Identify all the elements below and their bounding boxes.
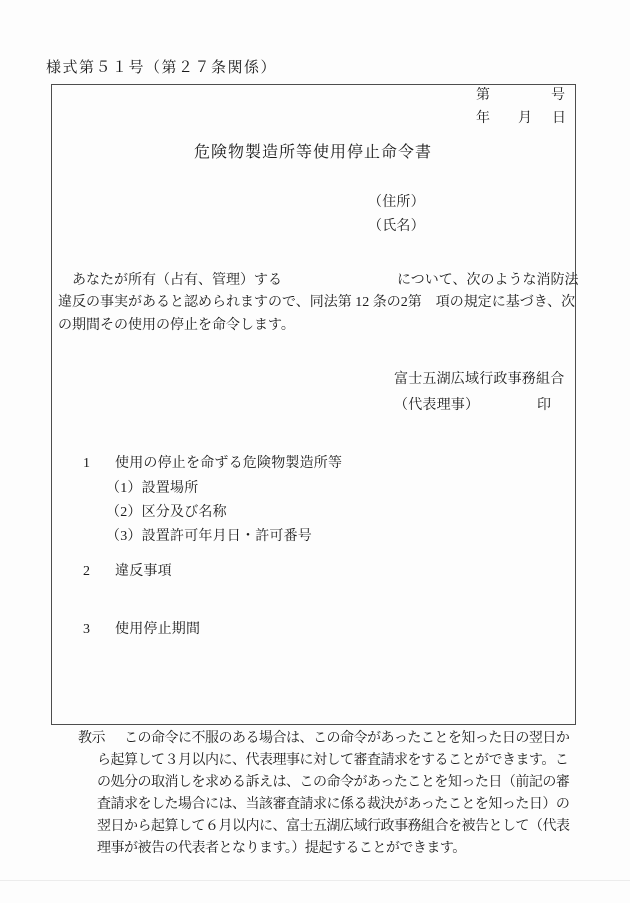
date-month-label: 月	[518, 110, 532, 128]
body-line2: 違反の事実があると認められますので、同法第 12 条の2第 項の規定に基づき、次	[58, 294, 575, 312]
body-line1-pre: あなたが所有（占有、管理）する	[58, 272, 282, 290]
section-1-item-2: （2）区分及び名称	[106, 504, 227, 522]
notice-label: 教示	[78, 730, 105, 748]
recipient-name-label: （氏名）	[368, 218, 425, 236]
page-bottom-divider	[0, 880, 630, 881]
notice-line-3: の処分の取消しを求める訴えは、この命令があったことを知った日（前記の審	[97, 774, 569, 792]
section-3-number: 3	[83, 621, 90, 639]
section-1-number: 1	[83, 455, 90, 473]
facility-name-blank	[284, 272, 394, 288]
notice-line-2: ら起算して３月以内に、代表理事に対して審査請求をすることができます。こ	[97, 752, 568, 770]
body-line3: の期間その使用の停止を命令します。	[58, 317, 295, 335]
doc-number-prefix: 第	[476, 87, 490, 105]
body-line1-post: について、次のような消防法	[397, 272, 578, 290]
section-1-item-3: （3）設置許可年月日・許可番号	[106, 528, 312, 546]
recipient-address-label: （住所）	[368, 194, 425, 212]
form-number-label: 様式第５１号（第２７条関係）	[46, 59, 277, 78]
document-title: 危険物製造所等使用停止命令書	[51, 143, 575, 163]
document-page: 様式第５１号（第２７条関係） 第 号 年 月 日 危険物製造所等使用停止命令書 …	[0, 0, 630, 903]
section-1-item-1: （1）設置場所	[106, 480, 198, 498]
doc-number-suffix: 号	[551, 87, 565, 105]
notice-line-4: 査請求をした場合には、当該審査請求に係る裁決があったことを知った日）の	[97, 796, 569, 814]
section-2-number: 2	[83, 563, 90, 581]
notice-line-1: この命令に不服のある場合は、この命令があったことを知った日の翌日か	[124, 730, 569, 748]
notice-line-6: 理事が被告の代表者となります。）提起することができます。	[97, 840, 466, 858]
date-day-label: 日	[552, 110, 566, 128]
issuer-organization: 富士五湖広域行政事務組合	[394, 371, 564, 389]
issuer-representative: （代表理事）	[394, 397, 479, 415]
section-2-title: 違反事項	[115, 563, 172, 581]
date-year-label: 年	[476, 110, 490, 128]
seal-mark: 印	[537, 397, 551, 415]
section-1-title: 使用の停止を命ずる危険物製造所等	[115, 455, 342, 473]
section-3-title: 使用停止期間	[115, 621, 200, 639]
notice-line-5: 翌日から起算して６月以内に、富士五湖広域行政事務組合を被告として（代表	[97, 818, 570, 836]
